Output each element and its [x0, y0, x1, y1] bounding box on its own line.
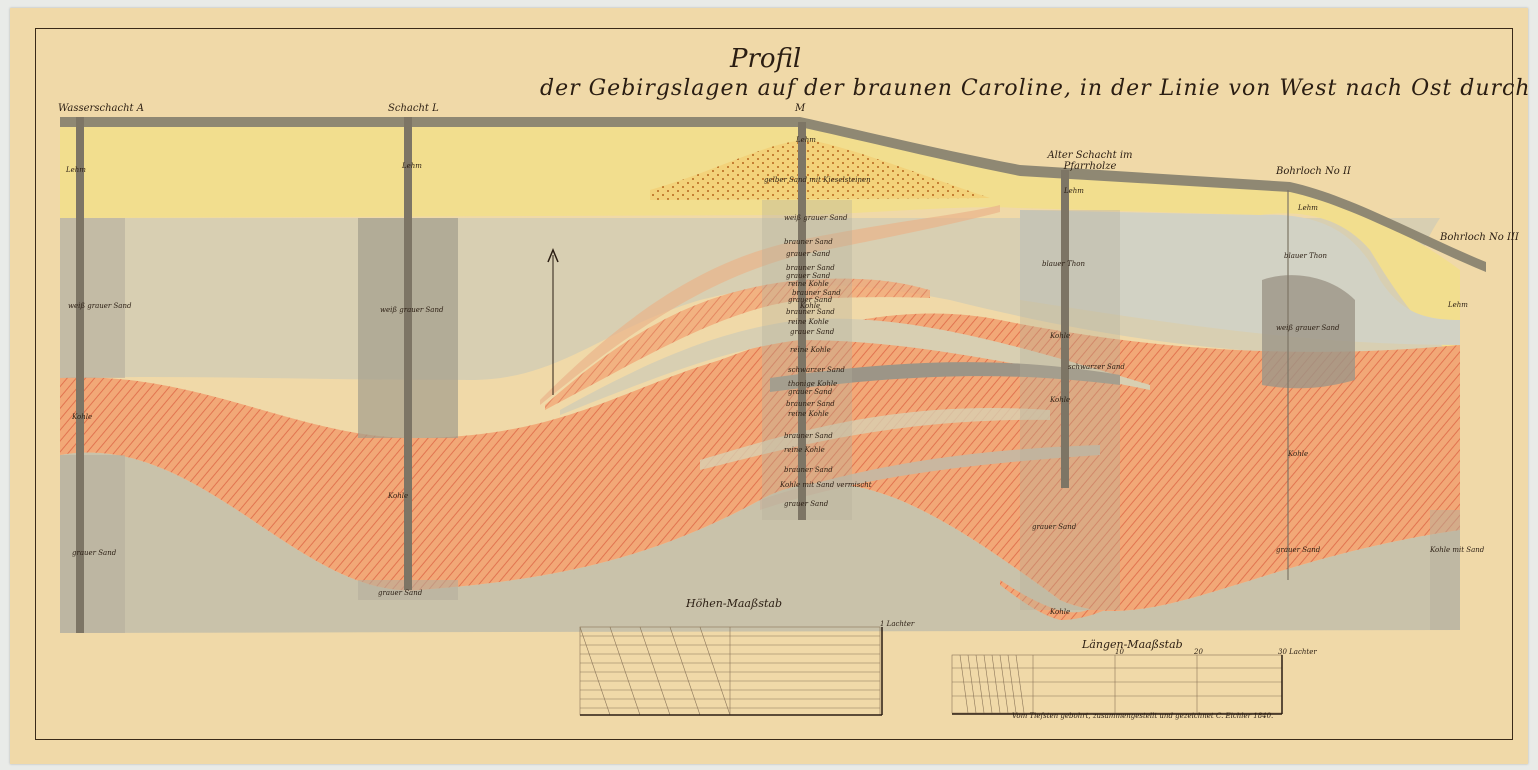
- layer-label: reine Kohle: [790, 346, 831, 354]
- layer-label: Lehm: [1448, 301, 1468, 309]
- layer-label: Lehm: [66, 166, 86, 174]
- column-B3: [1430, 510, 1460, 630]
- layer-label: weiß grauer Sand: [380, 306, 443, 314]
- layer-label: Lehm: [1298, 204, 1318, 212]
- layer-label: schwarzer Sand: [788, 366, 845, 374]
- shaft-label-pfarrholz: Alter Schacht im Pfarrholze: [1035, 150, 1145, 172]
- layer-label: Kohle: [388, 492, 408, 500]
- layer-label: grauer Sand: [788, 388, 832, 396]
- length-scale-mark: 10: [1115, 648, 1124, 656]
- length-scale: [952, 655, 1282, 714]
- layer-label: brauner Sand: [786, 308, 835, 316]
- column-A: [60, 218, 125, 378]
- height-scale-unit: 1 Lachter: [880, 620, 914, 628]
- layer-label: grauer Sand: [378, 589, 422, 597]
- title-subtitle: der Gebirgslagen auf der braunen Carolin…: [540, 76, 1538, 101]
- shaft-label-M: M: [795, 103, 805, 114]
- layer-label: weiß grauer Sand: [784, 214, 847, 222]
- layer-label: Kohle: [1288, 450, 1308, 458]
- layer-label: grauer Sand: [786, 272, 830, 280]
- layer-label: blauer Thon: [1284, 252, 1327, 260]
- layer-label: brauner Sand: [786, 264, 835, 272]
- layer-label: grauer Sand: [1276, 546, 1320, 554]
- layer-label: grauer Sand: [786, 250, 830, 258]
- layer-label: brauner Sand: [784, 238, 833, 246]
- shaft-L: [404, 117, 412, 590]
- layer-label: blauer Thon: [1042, 260, 1085, 268]
- layer-label: gelber Sand mit Kieselsteinen: [764, 176, 871, 184]
- shaft-label-bohrloch-2: Bohrloch No II: [1276, 166, 1351, 177]
- layer-label: reine Kohle: [788, 318, 829, 326]
- layer-label: reine Kohle: [788, 410, 829, 418]
- length-scale-mark: 20: [1194, 648, 1203, 656]
- layer-label: Kohle: [1050, 608, 1070, 616]
- layer-label: brauner Sand: [786, 400, 835, 408]
- length-scale-title: Längen-Maaßstab: [1082, 638, 1183, 651]
- layer-label: thonige Kohle: [788, 380, 837, 388]
- signature: Vom Tiefsten gebohrt, zusammengestellt u…: [1012, 712, 1273, 720]
- layer-label: grauer Sand: [1032, 523, 1076, 531]
- layer-label: weiß grauer Sand: [1276, 324, 1339, 332]
- layer-label: Lehm: [402, 162, 422, 170]
- layer-label: brauner Sand: [784, 432, 833, 440]
- layer-label: Kohle mit Sand: [1430, 546, 1484, 554]
- shaft-label-bohrloch-3: Bohrloch No III: [1440, 232, 1519, 243]
- height-scale: [580, 627, 882, 715]
- layer-label: Lehm: [1064, 187, 1084, 195]
- layer-label: reine Kohle: [784, 446, 825, 454]
- layer-label: brauner Sand: [784, 466, 833, 474]
- layer-label: Kohle: [1050, 332, 1070, 340]
- height-scale-title: Höhen-Maaßstab: [686, 597, 782, 610]
- layer-label: schwarzer Sand: [1068, 363, 1125, 371]
- shaft-label-A: Wasserschacht A: [58, 103, 144, 114]
- layer-label: grauer Sand: [72, 549, 116, 557]
- column-P: [1020, 210, 1120, 610]
- layer-label: Kohle mit Sand vermischt: [780, 481, 872, 489]
- title-profil: Profil: [730, 44, 801, 74]
- layer-label: Kohle: [72, 413, 92, 421]
- layer-label: Lehm: [796, 136, 816, 144]
- layer-label: weiß grauer Sand: [68, 302, 131, 310]
- layer-label: grauer Sand: [790, 328, 834, 336]
- length-scale-unit: 30 Lachter: [1278, 648, 1317, 656]
- layer-label: reine Kohle: [788, 280, 829, 288]
- layer-label: grauer Sand: [784, 500, 828, 508]
- shaft-label-L: Schacht L: [388, 103, 439, 114]
- shaft-P: [1061, 170, 1069, 488]
- layer-label: Kohle: [1050, 396, 1070, 404]
